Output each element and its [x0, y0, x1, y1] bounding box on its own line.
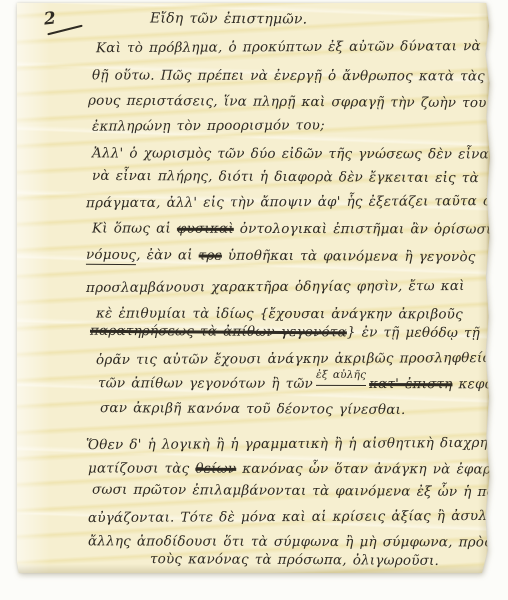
handwritten-line: παρατηρήσεως τὰ ἀπίθων γεγονότα} ἐν τῇ μ… — [90, 321, 480, 343]
handwritten-line: αὐγάζονται. Τότε δὲ μόνα καὶ αἱ κρίσεις … — [88, 506, 503, 528]
handwritten-text: σωσι πρῶτον ἐπιλαμβάνονται τὰ φαινόμενα … — [92, 482, 508, 501]
struck-out-word: τρε — [199, 247, 222, 263]
handwritten-line: ὁρᾶν τις αὐτῶν ἔχουσι ἀνάγκην ἀκριβῶς πρ… — [96, 348, 508, 370]
handwritten-line: νόμους, ἐὰν αἱ τρε ὑποθῆκαι τὰ φαινόμενα… — [86, 245, 476, 267]
handwritten-text: τοὺς κανόνας τὰ πρόσωπα, ὀλιγωροῦσι. — [150, 551, 439, 569]
handwritten-text: θῇ οὕτω. Πῶς πρέπει νὰ ἐνεργῇ ὁ ἄνθρωπος… — [92, 67, 508, 84]
handwritten-text: προσλαμβάνουσι χαρακτῆρα ὁδηγίας φησὶν, … — [86, 278, 465, 296]
struck-out-word: κατ' ἐπιστη — [369, 376, 452, 392]
handwritten-text: ρους περιστάσεις, ἵνα πληρῇ καὶ σφραγῇ τ… — [88, 93, 508, 112]
handwritten-text: ἐκπληρώνῃ τὸν προορισμόν του; — [92, 117, 325, 134]
inserted-word-above: ἐξ αὐλῆς — [316, 365, 366, 386]
handwritten-text: Κὶ ὅπως αἱ — [92, 220, 177, 236]
handwritten-line: ρους περιστάσεις, ἵνα πληρῇ καὶ σφραγῇ τ… — [88, 91, 508, 114]
handwritten-text: , ἐὰν αἱ — [136, 247, 199, 263]
handwritten-line: Κὶ ὅπως αἱ φυσικαὶ ὀντολογικαὶ ἐπιστῆμαι… — [92, 218, 492, 239]
handwritten-text: ὀντολογικαὶ ἐπιστῆμαι ἂν ὁρίσωσι — [234, 221, 492, 238]
handwritten-line: σωσι πρῶτον ἐπιλαμβάνονται τὰ φαινόμενα … — [92, 480, 508, 503]
struck-out-word: θείων — [195, 461, 236, 477]
handwritten-text: ὁρᾶν τις αὐτῶν ἔχουσι ἀνάγκην ἀκριβῶς πρ… — [96, 350, 508, 368]
handwritten-line: σαν ἀκριβῆ κανόνα τοῦ δέοντος γίνεσθαι. — [100, 398, 406, 420]
handwritten-line: θῇ οὕτω. Πῶς πρέπει νὰ ἐνεργῇ ὁ ἄνθρωπος… — [92, 65, 508, 86]
manuscript-page: 2 Εἴδη τῶν ἐπιστημῶν. Καὶ τὸ πρόβλημα, ὁ… — [17, 3, 490, 573]
handwritten-line: τοὺς κανόνας τὰ πρόσωπα, ὀλιγωροῦσι. — [150, 549, 439, 571]
handwritten-text: Ἀλλ' ὁ χωρισμὸς τῶν δύο εἰδῶν τῆς γνώσεω… — [92, 145, 508, 162]
handwritten-line: ματίζουσι τὰς θείων κανόνας ὧν ὅταν ἀνάγ… — [88, 458, 508, 479]
handwritten-line: τῶν ἀπίθων γεγονότων ἢ τῶνἐξ αὐλῆςκατ' ἐ… — [98, 373, 508, 396]
handwritten-text: Καὶ τὸ πρόβλημα, ὁ προκύπτων ἐξ αὐτῶν δύ… — [96, 38, 508, 56]
handwritten-line: πράγματα, ἀλλ' εἰς τὴν ἄποψιν ἀφ' ἧς ἐξε… — [86, 191, 508, 214]
handwritten-text: πράγματα, ἀλλ' εἰς τὴν ἄποψιν ἀφ' ἧς ἐξε… — [86, 193, 508, 212]
manuscript-title: Εἴδη τῶν ἐπιστημῶν. — [150, 9, 307, 30]
inserted-word-below: σχιλήψη εἰ ἅπη. — [496, 542, 508, 567]
handwritten-text: ματίζουσι τὰς — [88, 460, 195, 476]
handwritten-line: Ἀλλ' ὁ χωρισμὸς τῶν δύο εἰδῶν τῆς γνώσεω… — [92, 143, 508, 164]
handwritten-text: κὲ ἐπιθυμίαι τὰ ἰδίως {ἔχουσαι ἀνάγκην ἀ… — [96, 306, 463, 323]
handwritten-text: νὰ εἶναι πλήρης, διότι ἡ διαφορὰ δὲν ἔγκ… — [92, 168, 479, 186]
handwritten-text: } ἐν τῇ μεθόδῳ τῇ — [347, 324, 480, 341]
handwritten-text: Ὅθεν δ' ἡ λογικὴ ἢ ἡ γραμματικὴ ἢ ἡ αἰσθ… — [86, 435, 493, 453]
struck-out-word: παρατηρήσεως τὰ ἀπίθων γεγονότα — [90, 323, 347, 341]
handwritten-line: Ὅθεν δ' ἡ λογικὴ ἢ ἡ γραμματικὴ ἢ ἡ αἰσθ… — [86, 433, 493, 455]
handwritten-text: κεφαλαίων, ἵνα ἐξομαλί- — [452, 376, 508, 392]
handwritten-text: τῶν ἀπίθων γεγονότων ἢ τῶν — [98, 375, 313, 392]
handwritten-line: νὰ εἶναι πλήρης, διότι ἡ διαφορὰ δὲν ἔγκ… — [92, 166, 479, 188]
underlined-word: νόμους — [86, 247, 136, 265]
handwritten-text: σαν ἀκριβῆ κανόνα τοῦ δέοντος γίνεσθαι. — [100, 400, 406, 418]
page-number: 2 — [43, 8, 57, 29]
handwritten-text: κανόνας ὧν ὅταν ἀνάγκη νὰ ἐφαρμό- — [236, 461, 508, 478]
struck-out-word: φυσικαὶ — [177, 221, 234, 237]
paper-shadow-wrap: 2 Εἴδη τῶν ἐπιστημῶν. Καὶ τὸ πρόβλημα, ὁ… — [0, 0, 508, 600]
handwritten-line: Καὶ τὸ πρόβλημα, ὁ προκύπτων ἐξ αὐτῶν δύ… — [96, 36, 508, 58]
handwritten-text: ἄλλης ἀποδίδουσι ὅτι τὰ σύμφωνα ἢ μὴ σύμ… — [88, 533, 492, 550]
handwritten-line: ἐκπληρώνῃ τὸν προορισμόν του; — [92, 115, 325, 136]
manuscript-scan: 2 Εἴδη τῶν ἐπιστημῶν. Καὶ τὸ πρόβλημα, ὁ… — [0, 0, 508, 600]
handwritten-text: αὐγάζονται. Τότε δὲ μόνα καὶ αἱ κρίσεις … — [88, 508, 503, 526]
handwritten-text: ὑποθῆκαι τὰ φαινόμενα ἢ γεγονὸς — [222, 248, 476, 266]
handwritten-line: προσλαμβάνουσι χαρακτῆρα ὁδηγίας φησὶν, … — [86, 276, 465, 298]
